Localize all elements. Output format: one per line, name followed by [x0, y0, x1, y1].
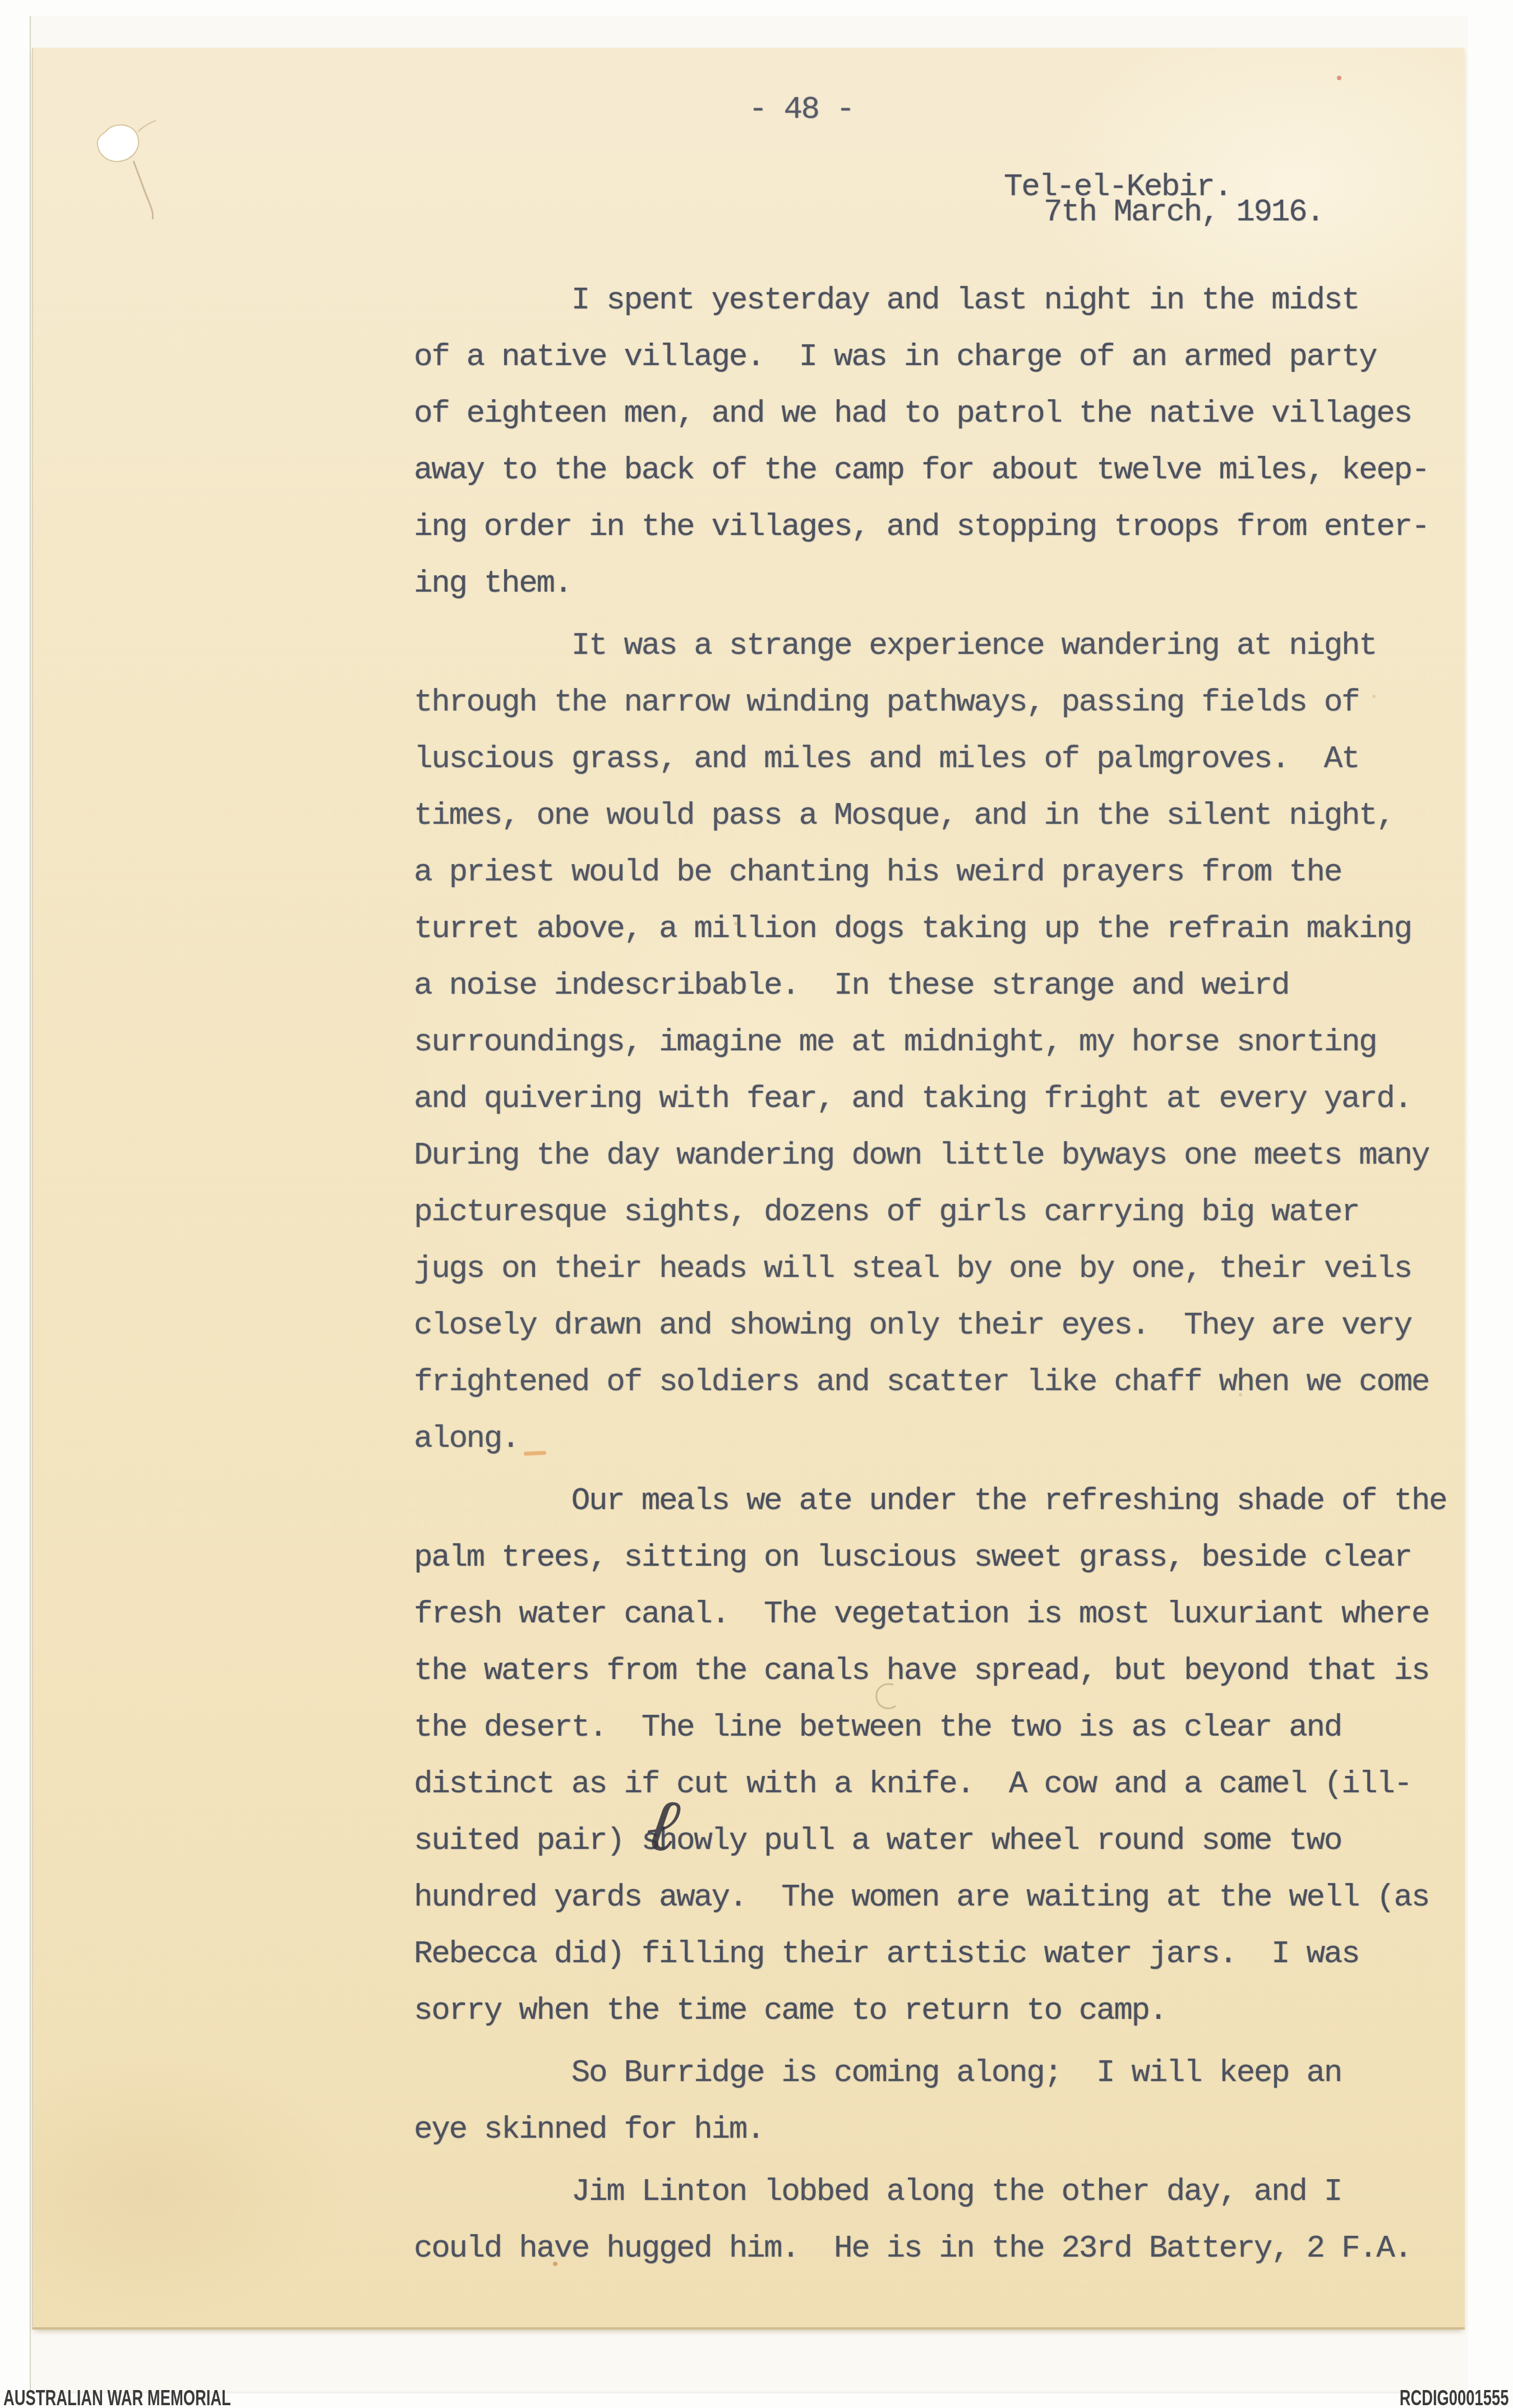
typed-line: Rebecca did) filling their artistic wate…: [414, 1926, 1485, 1982]
typed-line: the desert. The line between the two is …: [414, 1699, 1485, 1756]
typed-line: During the day wandering down little byw…: [414, 1127, 1485, 1184]
typed-line: surroundings, imagine me at midnight, my…: [414, 1014, 1485, 1071]
typed-line: closely drawn and showing only their eye…: [414, 1297, 1485, 1354]
paragraph: I spent yesterday and last night in the …: [414, 272, 1485, 612]
typed-line: picturesque sights, dozens of girls carr…: [414, 1184, 1485, 1240]
typed-line: away to the back of the camp for about t…: [414, 442, 1485, 499]
typed-line: along.: [414, 1410, 1485, 1467]
typed-line: of eighteen men, and we had to patrol th…: [414, 385, 1485, 442]
typed-line: a priest would be chanting his weird pra…: [414, 844, 1485, 901]
typed-line: ing them.: [414, 555, 1485, 612]
typed-line: frightened of soldiers and scatter like …: [414, 1354, 1485, 1410]
typed-line: jugs on their heads will steal by one by…: [414, 1240, 1485, 1297]
typed-line: eye skinned for him.: [414, 2101, 1485, 2158]
typed-line: a noise indescribable. In these strange …: [414, 957, 1485, 1014]
typed-line: luscious grass, and miles and miles of p…: [414, 731, 1485, 787]
paragraph: It was a strange experience wandering at…: [414, 617, 1485, 1467]
typed-line: distinct as if cut with a knife. A cow a…: [414, 1756, 1485, 1812]
typed-line: palm trees, sitting on luscious sweet gr…: [414, 1529, 1485, 1586]
archive-id-label: RCDIG0001555: [1399, 2387, 1509, 2408]
typed-line: times, one would pass a Mosque, and in t…: [414, 787, 1485, 844]
paper-specks: [0, 0, 2, 2]
scan-viewer: - 48 - Tel-el-Kebir. 7th March, 1916. I …: [0, 0, 1513, 2408]
paragraph: Jim Linton lobbed along the other day, a…: [414, 2163, 1485, 2277]
typed-line: sorry when the time came to return to ca…: [414, 1982, 1485, 2039]
archive-name-label: AUSTRALIAN WAR MEMORIAL: [3, 2387, 231, 2408]
typed-line: the waters from the canals have spread, …: [414, 1643, 1485, 1699]
page-number: - 48 -: [749, 94, 854, 125]
typed-line: It was a strange experience wandering at…: [414, 617, 1485, 674]
typed-line: through the narrow winding pathways, pas…: [414, 674, 1485, 731]
pencil-mark: [871, 1681, 905, 1715]
paper-hole: [84, 115, 168, 227]
typed-line: Jim Linton lobbed along the other day, a…: [414, 2163, 1485, 2220]
typed-line: ing order in the villages, and stopping …: [414, 499, 1485, 555]
typed-line: Our meals we ate under the refreshing sh…: [414, 1473, 1485, 1529]
dateline-date: 7th March, 1916.: [1044, 196, 1323, 228]
typed-line: suited pair) showly pull a water wheel r…: [414, 1812, 1485, 1869]
typed-line: of a native village. I was in charge of …: [414, 329, 1485, 385]
typed-line: I spent yesterday and last night in the …: [414, 272, 1485, 329]
typed-line: hundred yards away. The women are waitin…: [414, 1869, 1485, 1926]
typed-line: could have hugged him. He is in the 23rd…: [414, 2220, 1485, 2277]
letter-body: I spent yesterday and last night in the …: [414, 272, 1485, 2277]
typed-line: turret above, a million dogs taking up t…: [414, 901, 1485, 957]
typed-line: So Burridge is coming along; I will keep…: [414, 2045, 1485, 2101]
typed-line: and quivering with fear, and taking frig…: [414, 1071, 1485, 1127]
typed-line: fresh water canal. The vegetation is mos…: [414, 1586, 1485, 1643]
paragraph: Our meals we ate under the refreshing sh…: [414, 1473, 1485, 2039]
paragraph: So Burridge is coming along; I will keep…: [414, 2045, 1485, 2158]
